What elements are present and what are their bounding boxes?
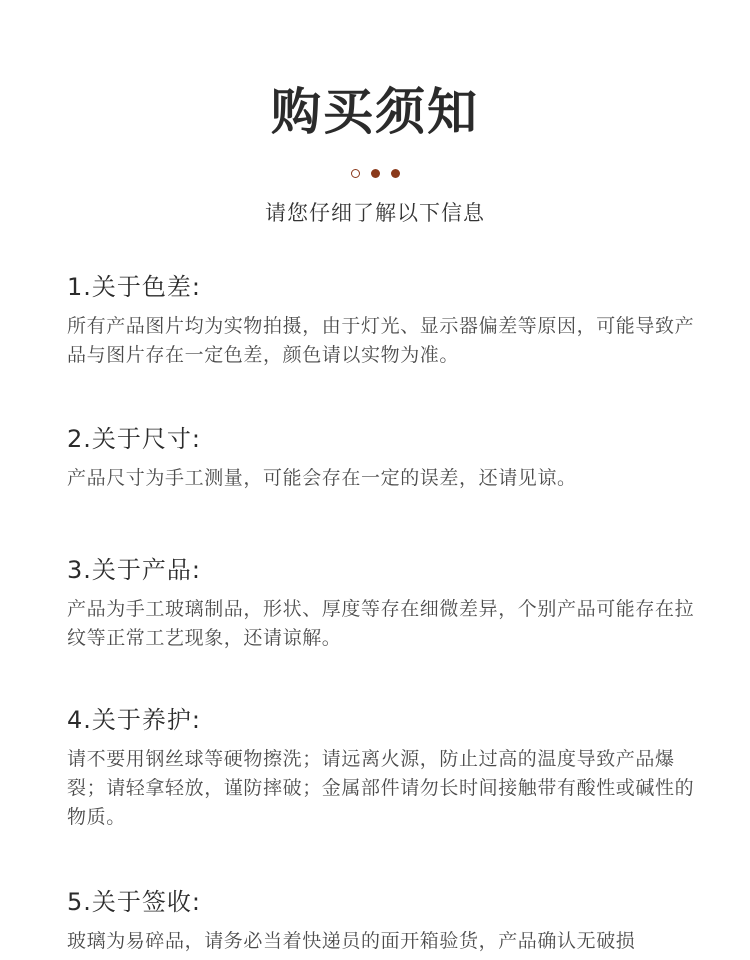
section-body: 请不要用钢丝球等硬物擦洗；请远离火源，防止过高的温度导致产品爆裂；请轻拿轻放，谨… [67, 745, 697, 832]
section-body: 产品为手工玻璃制品，形状、厚度等存在细微差异，个别产品可能存在拉纹等正常工艺现象… [67, 595, 697, 653]
section-body: 玻璃为易碎品，请务必当着快递员的面开箱验货，产品确认无破损 [67, 927, 697, 956]
section-heading: 4.关于养护: [67, 703, 697, 737]
decorative-dots [0, 169, 750, 178]
section-product: 3.关于产品: 产品为手工玻璃制品，形状、厚度等存在细微差异，个别产品可能存在拉… [67, 553, 697, 653]
section-heading: 1.关于色差: [67, 270, 697, 304]
section-body: 产品尺寸为手工测量，可能会存在一定的误差，还请见谅。 [67, 464, 697, 493]
section-care: 4.关于养护: 请不要用钢丝球等硬物擦洗；请远离火源，防止过高的温度导致产品爆裂… [67, 703, 697, 832]
page-title: 购买须知 [0, 82, 750, 142]
section-receipt: 5.关于签收: 玻璃为易碎品，请务必当着快递员的面开箱验货，产品确认无破损 [67, 885, 697, 956]
section-heading: 2.关于尺寸: [67, 422, 697, 456]
section-color-difference: 1.关于色差: 所有产品图片均为实物拍摄，由于灯光、显示器偏差等原因，可能导致产… [67, 270, 697, 370]
dot-outline-icon [351, 169, 360, 178]
section-heading: 5.关于签收: [67, 885, 697, 919]
section-size: 2.关于尺寸: 产品尺寸为手工测量，可能会存在一定的误差，还请见谅。 [67, 422, 697, 493]
dot-filled-icon [391, 169, 400, 178]
dot-filled-icon [371, 169, 380, 178]
section-heading: 3.关于产品: [67, 553, 697, 587]
section-body: 所有产品图片均为实物拍摄，由于灯光、显示器偏差等原因，可能导致产品与图片存在一定… [67, 312, 697, 370]
page-subtitle: 请您仔细了解以下信息 [0, 198, 750, 228]
